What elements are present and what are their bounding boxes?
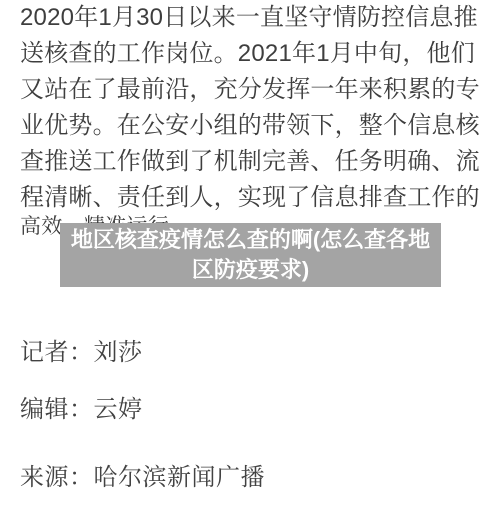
paragraph-line-4: 业优势。在公安小组的带领下，整个信息核	[20, 108, 482, 144]
article-paragraph: 2020年1月30日以来一直坚守情防控信息推 送核查的工作岗位。2021年1月中…	[20, 0, 482, 216]
paragraph-line-5: 查推送工作做到了机制完善、任务明确、流	[20, 144, 482, 180]
paragraph-line-6: 程清晰、责任到人，实现了信息排查工作的	[20, 180, 482, 216]
paragraph-line-2: 送核查的工作岗位。2021年1月中旬，他们	[20, 36, 482, 72]
overlay-title-line-1: 地区核查疫情怎么查的啊(怎么查各地	[60, 225, 441, 255]
reporter-line: 记者：刘莎	[20, 335, 143, 371]
article-page: 2020年1月30日以来一直坚守情防控信息推 送核查的工作岗位。2021年1月中…	[0, 0, 500, 507]
source-line: 来源：哈尔滨新闻广播	[20, 460, 265, 496]
editor-line: 编辑：云婷	[20, 392, 143, 428]
title-overlay-banner[interactable]: 地区核查疫情怎么查的啊(怎么查各地 区防疫要求)	[60, 223, 441, 287]
paragraph-line-3: 又站在了最前沿，充分发挥一年来积累的专	[20, 72, 482, 108]
overlay-title-line-2: 区防疫要求)	[60, 255, 441, 285]
paragraph-line-1: 2020年1月30日以来一直坚守情防控信息推	[20, 0, 482, 36]
